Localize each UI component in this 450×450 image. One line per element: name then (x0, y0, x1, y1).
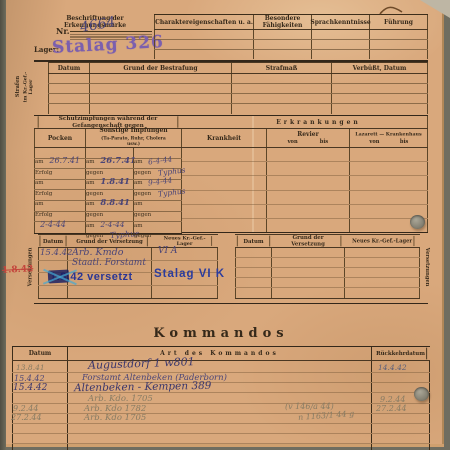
strafen-side-label-line2: im Kr.-Gef.-Lager (23, 68, 33, 107)
vers-row (235, 268, 420, 278)
traits-header-sprachen: Sprachkenntnisse (312, 15, 370, 29)
vers-header-datum: Datum (237, 236, 270, 247)
impfungen-table: Schutzimpfungen während der Gefangenscha… (34, 115, 182, 234)
erk-empty-row (182, 205, 428, 219)
kom-rueck-hand: 14.4.42 (378, 363, 407, 372)
versetzungen-side-label-right: Versetzungen (422, 244, 432, 291)
versetzungen-table-right: Datum Grund der Versetzung Neues Kr.-Gef… (235, 234, 420, 299)
strafen-empty-row (48, 94, 428, 104)
traits-empty-row (154, 40, 428, 50)
vers-header-grund: Grund der Versetzung (72, 236, 148, 247)
impfungen-col-sonstige-line1: Sonstige Impfungen (99, 128, 167, 135)
vers-row (38, 286, 218, 299)
impf-label: gegen (86, 211, 103, 217)
erk-empty-row (182, 176, 428, 190)
kom-datum-hand: 15.4.42 (14, 374, 45, 383)
vers-header-neues: Neues Kr.-Gef.-Lager (158, 236, 212, 246)
kom-art-hand: Arb. Kdo. 1705 (88, 394, 153, 404)
impf-label: am (86, 158, 95, 164)
vers-header-grund: Grund der Versetzung (276, 236, 342, 247)
impf-label: am (86, 222, 95, 228)
impf-label: am (86, 201, 95, 207)
impfungen-title: Schutzimpfungen während der Gefangenscha… (38, 116, 179, 127)
red-date-stamp: 1.8.42 (2, 264, 34, 276)
scan-edge-left (0, 0, 6, 450)
kom-art-hand: Arb. Kdo 1705 (84, 413, 146, 423)
vers-row (235, 248, 420, 258)
vers-row (235, 258, 420, 268)
kom-row (12, 393, 430, 403)
impfungen-col-sonstige-line2: (Ta-Parato, Ruhr, Cholera usw.) (98, 136, 169, 146)
impf-row: gegen Typhus gegen (34, 222, 182, 233)
strafen-side-label-line1: Strafen (16, 76, 22, 97)
vers-grund-hand-line2: Staatl. Forstamt (72, 258, 146, 268)
kom-row (12, 424, 430, 434)
kom-header-rueckkehr: Rückkehrdatum (375, 348, 427, 360)
kom-header-datum: Datum (12, 347, 68, 360)
erk-revier-bis: bis (320, 139, 328, 145)
strafen-side-label: Strafen im Kr.-Gef.-Lager (14, 62, 36, 112)
impf-label: gegen (134, 211, 151, 217)
impf-label: am (134, 222, 143, 228)
kom-datum-hand: 9.2.44 (13, 404, 38, 413)
traits-empty-row (154, 50, 428, 59)
impf-label: gegen (134, 190, 151, 196)
impf-row: am 26.7.41 am 26.7.41 am 6-4-44 (34, 148, 182, 159)
kom-row (12, 444, 430, 450)
strafen-empty-row (48, 74, 428, 84)
scanned-pow-card: Beschriftung der Erkennungsmarke Nr. 466… (0, 0, 450, 450)
impf-label: Erfolg (35, 211, 52, 217)
hole-punch (410, 215, 425, 229)
impf-row: 2-4-44 am 2-4-44 am (34, 212, 182, 223)
erk-empty-row (182, 148, 428, 162)
impf-label: am (35, 179, 44, 185)
vers-row (235, 278, 420, 288)
impf-label: am (134, 201, 143, 207)
erkrankungen-title: Erkrankungen (182, 116, 428, 128)
hole-punch (414, 387, 429, 401)
erk-revier-von: von (288, 139, 298, 145)
impf-label: gegen (134, 169, 151, 175)
impf-label: gegen (86, 190, 103, 196)
kom-art-hand: Altenbeken - Kempen 389 (74, 380, 212, 394)
vers-header-datum: Datum (40, 236, 67, 247)
kom-datum-hand: 13.8.41 (16, 363, 45, 372)
strafen-header-strafmass: Strafmaß (232, 63, 332, 73)
stalag-vik-stamp: Stalag VI K (154, 268, 225, 280)
impf-row: Erfolg gegen gegen (34, 201, 182, 212)
section-divider-line (34, 303, 428, 304)
traits-header-char: Charaktereigenschaften u. a. (154, 15, 254, 29)
strafen-header-verbuesst: Verbüßt, Datum (332, 63, 428, 73)
ink-squiggle-mark (378, 3, 404, 17)
nr-label: Nr. (56, 26, 70, 36)
erk-empty-row (182, 162, 428, 176)
vers-header-neues: Neues Kr.-Gef.-Lager (351, 236, 415, 246)
vers-neues-hand: VI A (158, 246, 177, 256)
kom-note-hand: (v 146/a 44) (285, 402, 334, 411)
traits-table: Charaktereigenschaften u. a. Besondere F… (154, 14, 428, 59)
impf-label: Erfolg (35, 190, 52, 196)
traits-empty-row (154, 30, 428, 40)
vers-row (235, 288, 420, 298)
kom-row (12, 434, 430, 444)
erk-col-lazarett: Lazarett — Krankenhaus (355, 132, 421, 138)
kommandos-title: Kommandos (12, 326, 430, 341)
erk-lazarett-von: von (369, 139, 379, 145)
erk-empty-row (182, 219, 428, 232)
kom-row (12, 404, 430, 414)
vers-datum-hand: 15.4.42 (40, 248, 72, 258)
impf-label: am (134, 179, 143, 185)
kom-row (12, 414, 430, 424)
traits-header-faehigkeiten: Besondere Fähigkeiten (254, 15, 312, 29)
vers-grund-hand-line1: Arb. Kmdo (72, 247, 123, 258)
strafen-table: Datum Grund der Bestrafung Strafmaß Verb… (48, 62, 428, 114)
kom-datum-hand: 15.4.42 (13, 383, 47, 393)
traits-header-fuehrung: Führung (370, 15, 428, 29)
impf-label: gegen (86, 169, 103, 175)
impf-label: am (35, 201, 44, 207)
erk-empty-row (182, 191, 428, 205)
impfungen-col-pocken: Pocken (34, 129, 86, 147)
strafen-empty-row (48, 104, 428, 114)
kommandos-table: Datum Art des Kommandos Rückkehrdatum (12, 346, 430, 450)
erk-col-krankheit: Krankheit (182, 129, 267, 147)
strafen-header-grund: Grund der Bestrafung (90, 63, 232, 73)
erkrankungen-table: Erkrankungen Krankheit Revier von bis La… (182, 115, 428, 233)
impf-label: Erfolg (35, 169, 52, 175)
kom-rueck-hand: 9.2.44 (380, 395, 405, 404)
kom-row (12, 361, 430, 373)
impf-label: am (134, 158, 143, 164)
erk-lazarett-bis: bis (400, 139, 408, 145)
strafen-empty-row (48, 84, 428, 94)
erk-col-revier: Revier (297, 131, 319, 138)
kom-datum-hand: 27.2.44 (11, 413, 42, 422)
strafen-header-datum: Datum (48, 63, 90, 73)
impf-label: am (86, 179, 95, 185)
impf-label: am (35, 158, 44, 164)
kom-rueck-hand: 27.2.44 (376, 404, 407, 413)
